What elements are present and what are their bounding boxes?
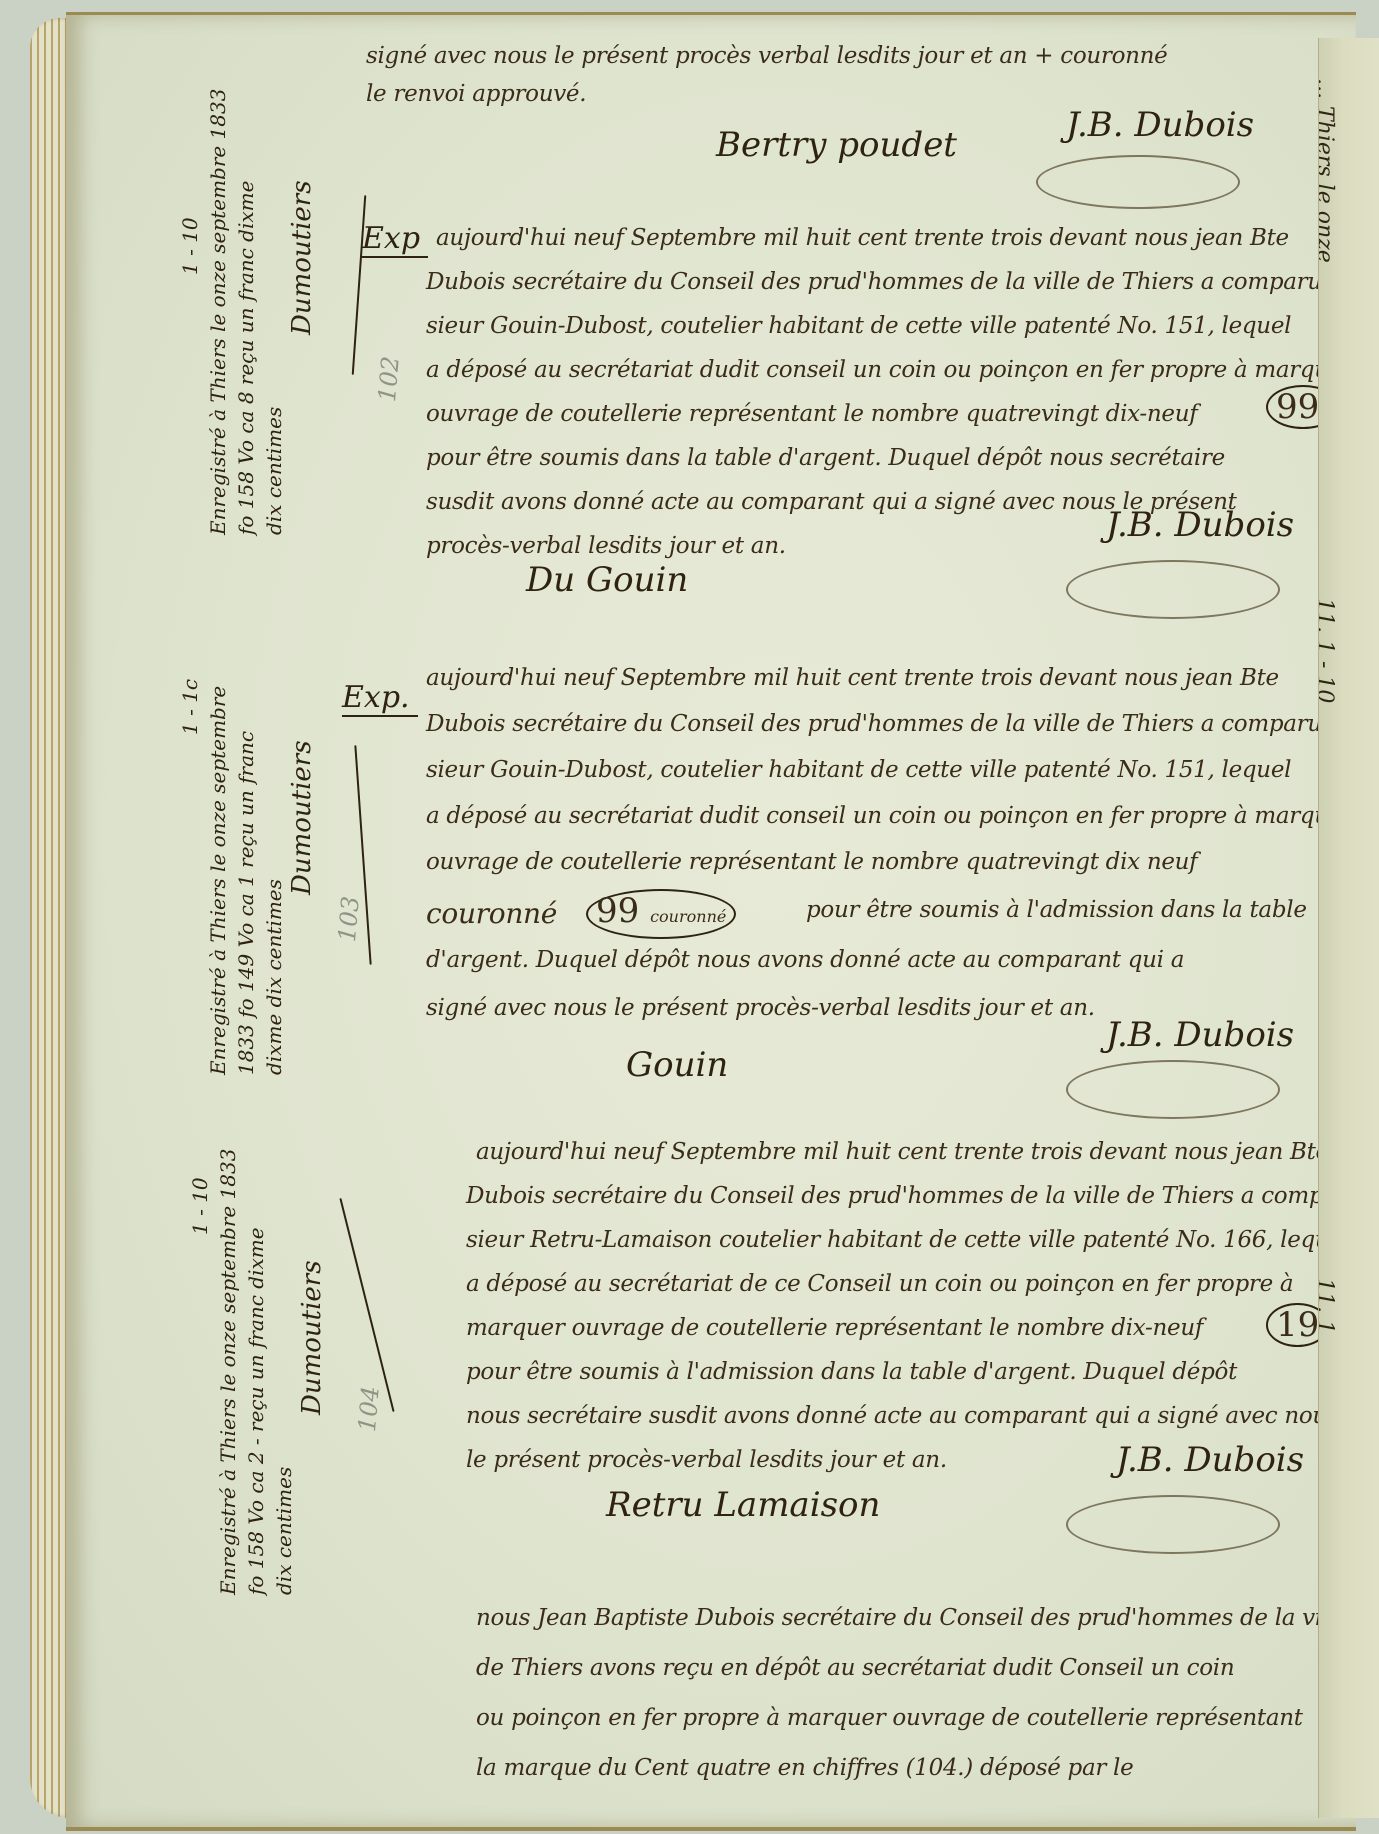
entry-2-line: sieur Gouin-Dubost, coutelier habitant d…	[426, 757, 1291, 783]
entry-2-line: ouvrage de coutellerie représentant le n…	[426, 849, 1197, 875]
entry-2-line: aujourd'hui neuf Septembre mil huit cent…	[426, 665, 1279, 691]
margin-registration-note-1: 1 - 10 Enregistré à Thiers le onze septe…	[176, 89, 316, 535]
entry-2-line: pour être soumis à l'admission dans la t…	[806, 897, 1307, 923]
signature-deponent: Gouin	[626, 1045, 728, 1085]
entry-3-line: marquer ouvrage de coutellerie représent…	[466, 1315, 1203, 1341]
entry-2-line: couronné	[426, 897, 557, 930]
entry-marker: Exp.	[342, 680, 418, 717]
pencil-number: 103	[333, 895, 365, 943]
entry-1-line: ouvrage de coutellerie représentant le n…	[426, 401, 1197, 427]
entry-1-line: procès-verbal lesdits jour et an.	[426, 533, 786, 559]
entry-1-line: aujourd'hui neuf Septembre mil huit cent…	[436, 225, 1289, 251]
adjacent-page-strip: ... Thiers le onze 11. 1 - 10 11. 1	[1318, 38, 1379, 1818]
entry-3-line: a déposé au secrétariat de ce Conseil un…	[466, 1271, 1293, 1297]
signature-dubois: J.B. Dubois	[1106, 1015, 1294, 1055]
circled-number: 99 couronné	[586, 889, 736, 939]
register-page: signé avec nous le présent procès verbal…	[66, 12, 1356, 1831]
margin-rule	[339, 1198, 394, 1412]
signature-witness: Bertry poudet	[716, 125, 957, 165]
margin-registration-note-3: 1 - 10 Enregistré à Thiers le onze septe…	[186, 1149, 326, 1595]
continuation-line-1: signé avec nous le présent procès verbal…	[366, 43, 1168, 69]
continuation-line-2: le renvoi approuvé.	[366, 81, 586, 107]
signature-dubois: J.B. Dubois	[1116, 1440, 1304, 1480]
margin-registration-note-2: 1 - 1c Enregistré à Thiers le onze septe…	[176, 679, 316, 1075]
entry-1-line: sieur Gouin-Dubost, coutelier habitant d…	[426, 313, 1291, 339]
entry-3-line: le présent procès-verbal lesdits jour et…	[466, 1447, 947, 1473]
entry-1-line: a déposé au secrétariat dudit conseil un…	[426, 357, 1353, 383]
pencil-number: 102	[373, 355, 405, 403]
signature-dubois: J.B. Dubois	[1106, 505, 1294, 545]
signature-dubois: J.B. Dubois	[1066, 105, 1254, 145]
adjacent-page-text: 11. 1 - 10	[1318, 598, 1337, 703]
entry-3-line: sieur Retru-Lamaison coutelier habitant …	[466, 1227, 1350, 1253]
entry-3-line: nous secrétaire susdit avons donné acte …	[466, 1403, 1338, 1429]
signature-flourish	[1066, 1060, 1280, 1119]
entry-4-line: nous Jean Baptiste Dubois secrétaire du …	[476, 1605, 1349, 1631]
entry-2-line: a déposé au secrétariat dudit conseil un…	[426, 803, 1353, 829]
entry-marker: Exp	[362, 221, 428, 258]
entry-1-line: Dubois secrétaire du Conseil des prud'ho…	[426, 269, 1349, 295]
margin-rule	[352, 195, 367, 375]
entry-3-line: pour être soumis à l'admission dans la t…	[466, 1359, 1237, 1385]
entry-1-line: pour être soumis dans la table d'argent.…	[426, 445, 1225, 471]
pencil-number: 104	[353, 1385, 385, 1433]
entry-3-line: aujourd'hui neuf Septembre mil huit cent…	[476, 1139, 1329, 1165]
entry-4-line: la marque du Cent quatre en chiffres (10…	[476, 1755, 1133, 1781]
entry-2-line: d'argent. Duquel dépôt nous avons donné …	[426, 947, 1184, 973]
entry-4-line: de Thiers avons reçu en dépôt au secréta…	[476, 1655, 1234, 1681]
signature-flourish	[1066, 1495, 1280, 1554]
signature-flourish	[1036, 155, 1240, 209]
register-book: signé avec nous le présent procès verbal…	[30, 8, 1379, 1826]
adjacent-page-text: ... Thiers le onze	[1318, 78, 1337, 263]
entry-2-line: signé avec nous le présent procès-verbal…	[426, 995, 1095, 1021]
signature-deponent: Du Gouin	[526, 560, 688, 600]
signature-deponent: Retru Lamaison	[606, 1485, 880, 1525]
entry-2-line: Dubois secrétaire du Conseil des prud'ho…	[426, 711, 1322, 737]
page-stack-edge	[30, 18, 70, 1818]
signature-flourish	[1066, 560, 1280, 619]
entry-4-line: ou poinçon en fer propre à marquer ouvra…	[476, 1705, 1303, 1731]
adjacent-page-text: 11. 1	[1318, 1278, 1337, 1334]
entry-3-line: Dubois secrétaire du Conseil des prud'ho…	[466, 1183, 1379, 1209]
